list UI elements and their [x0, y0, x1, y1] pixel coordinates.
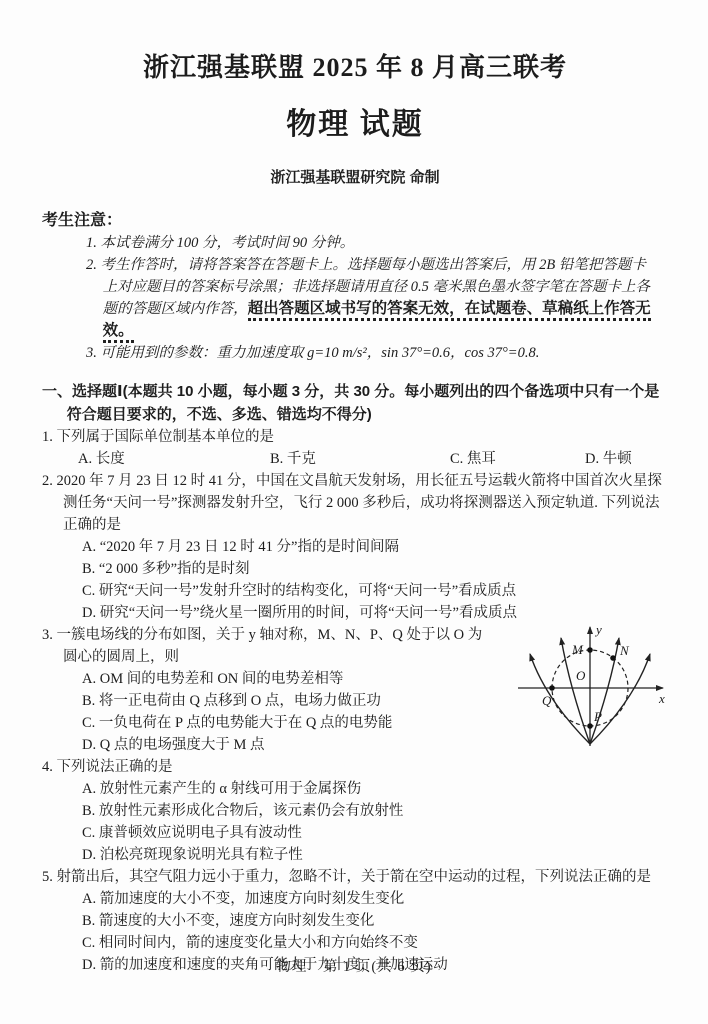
section1-heading: 一、选择题Ⅰ(本题共 10 小题，每小题 3 分，共 30 分。每小题列出的四个…: [42, 380, 668, 426]
origin-label: O: [576, 668, 586, 683]
point-Q-dot: [549, 685, 555, 691]
byline: 浙江强基联盟研究院 命制: [42, 168, 668, 188]
question-2-stem: 2. 2020 年 7 月 23 日 12 时 41 分，中国在文昌航天发射场，…: [42, 470, 668, 536]
option-1a: A. 长度: [78, 448, 270, 470]
notice-item-1: 1. 本试卷满分 100 分，考试时间 90 分钟。: [86, 232, 652, 254]
option-5a: A. 箭加速度的大小不变，加速度方向时刻发生变化: [82, 888, 668, 910]
question-1-stem: 1. 下列属于国际单位制基本单位的是: [42, 426, 668, 448]
option-1b: B. 千克: [270, 448, 450, 470]
option-2a: A. “2020 年 7 月 23 日 12 时 41 分”指的是时间间隔: [82, 536, 668, 558]
question-4-options: A. 放射性元素产生的 α 射线可用于金属探伤 B. 放射性元素形成化合物后，该…: [42, 778, 668, 866]
option-2c: C. 研究“天问一号”发射升空时的结构变化，可将“天问一号”看成质点: [82, 580, 668, 602]
field-line-outer-right: [590, 654, 650, 744]
notice-item-3: 3. 可能用到的参数：重力加速度取 g=10 m/s²，sin 37°=0.6，…: [86, 342, 652, 364]
point-P-label: P: [593, 709, 602, 724]
point-N-dot: [610, 655, 616, 661]
option-5c: C. 相同时间内，箭的速度变化量大小和方向始终不变: [82, 932, 668, 954]
question-1: 1. 下列属于国际单位制基本单位的是 A. 长度 B. 千克 C. 焦耳 D. …: [42, 426, 668, 470]
field-lines-diagram: y x O M N P Q: [516, 618, 674, 756]
exam-page: 浙江强基联盟 2025 年 8 月高三联考 物理 试题 浙江强基联盟研究院 命制…: [0, 0, 708, 1024]
candidate-notice: 考生注意： 1. 本试卷满分 100 分，考试时间 90 分钟。 2. 考生作答…: [42, 210, 668, 364]
point-M-label: M: [571, 642, 584, 657]
point-N-label: N: [619, 643, 630, 658]
question-3: 3. 一簇电场线的分布如图，关于 y 轴对称，M、N、P、Q 处于以 O 为圆心…: [42, 624, 668, 756]
y-axis-label: y: [594, 622, 602, 637]
option-4c: C. 康普顿效应说明电子具有波动性: [82, 822, 668, 844]
point-P-dot: [587, 723, 593, 729]
option-2b: B. “2 000 多秒”指的是时刻: [82, 558, 668, 580]
notice-item-2: 2. 考生作答时，请将答案答在答题卡上。选择题每小题选出答案后，用 2B 铅笔把…: [86, 254, 652, 342]
option-5b: B. 箭速度的大小不变，速度方向时刻发生变化: [82, 910, 668, 932]
option-1d: D. 牛顿: [585, 448, 632, 470]
question-1-options: A. 长度 B. 千克 C. 焦耳 D. 牛顿: [42, 448, 668, 470]
page-subtitle: 物理 试题: [42, 108, 668, 142]
page-title: 浙江强基联盟 2025 年 8 月高三联考: [42, 52, 668, 84]
question-2: 2. 2020 年 7 月 23 日 12 时 41 分，中国在文昌航天发射场，…: [42, 470, 668, 624]
question-5-stem: 5. 射箭出后，其空气阻力远小于重力，忽略不计，关于箭在空中运动的过程，下列说法…: [42, 866, 668, 888]
question-4-stem: 4. 下列说法正确的是: [42, 756, 668, 778]
point-M-dot: [587, 647, 593, 653]
option-4b: B. 放射性元素形成化合物后，该元素仍会有放射性: [82, 800, 668, 822]
option-4a: A. 放射性元素产生的 α 射线可用于金属探伤: [82, 778, 668, 800]
question-2-options: A. “2020 年 7 月 23 日 12 时 41 分”指的是时间间隔 B.…: [42, 536, 668, 624]
option-4d: D. 泊松亮斑现象说明光具有粒子性: [82, 844, 668, 866]
question-4: 4. 下列说法正确的是 A. 放射性元素产生的 α 射线可用于金属探伤 B. 放…: [42, 756, 668, 866]
option-1c: C. 焦耳: [450, 448, 585, 470]
notice-items: 1. 本试卷满分 100 分，考试时间 90 分钟。 2. 考生作答时，请将答案…: [86, 232, 652, 364]
page-footer: 物理 第 1 页(共 6 页): [0, 956, 708, 978]
x-axis-label: x: [658, 691, 665, 706]
point-Q-label: Q: [542, 693, 552, 708]
notice-heading: 考生注意：: [42, 210, 668, 232]
question-3-figure: y x O M N P Q: [516, 618, 674, 756]
